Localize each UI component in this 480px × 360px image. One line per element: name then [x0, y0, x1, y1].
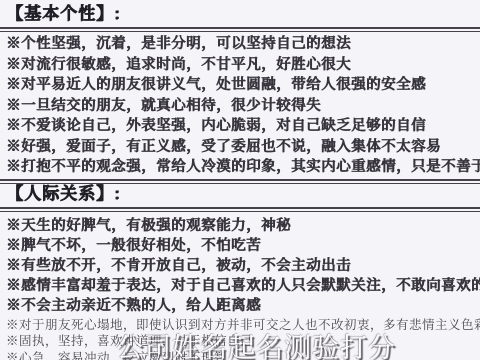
- personality-line: ※个性坚强，沉着，是非分明，可以坚持自己的想法: [6, 34, 474, 55]
- personality-line: ※一旦结交的朋友，就真心相待，很少计较得失: [6, 96, 474, 117]
- relationship-line: ※脾气不坏，一般很好相处，不怕吃苦: [6, 236, 474, 256]
- relationship-line: ※感情丰富却羞于表达，对于自己喜欢的人只会默默关注，不敢向喜欢的人表白: [6, 276, 474, 296]
- personality-list: ※个性坚强，沉着，是非分明，可以坚持自己的想法 ※对流行很敏感，追求时尚，不甘平…: [6, 34, 474, 178]
- personality-line: ※好强，爱面子，有正义感，受了委屈也不说，融入集体不太容易: [6, 137, 474, 158]
- relationship-list: ※天生的好脾气，有极强的观察能力，神秘 ※脾气不坏，一般很好相处，不怕吃苦 ※有…: [6, 216, 474, 316]
- relationship-line: ※天生的好脾气，有极强的观察能力，神秘: [6, 216, 474, 236]
- personality-line: ※对流行很敏感，追求时尚，不甘平凡，好胜心很大: [6, 55, 474, 76]
- personality-line: ※对平易近人的朋友很讲义气，处世圆融，带给人很强的安全感: [6, 75, 474, 96]
- section-title-relationships: 【人际关系】:: [6, 184, 474, 204]
- watermark-title: 公司姓名起名测验打分: [116, 326, 396, 360]
- article-page: 【基本个性】: ※个性坚强，沉着，是非分明，可以坚持自己的想法 ※对流行很敏感，…: [0, 0, 480, 360]
- relationship-line: ※有些放不开，不肯开放自己，被动，不会主动出击: [6, 256, 474, 276]
- relationship-line: ※不会主动亲近不熟的人，给人距离感: [6, 296, 474, 316]
- double-rule-divider: [0, 207, 480, 212]
- document-body: 【基本个性】: ※个性坚强，沉着，是非分明，可以坚持自己的想法 ※对流行很敏感，…: [0, 0, 480, 360]
- double-rule-divider: [0, 27, 480, 32]
- personality-line: ※不爱谈论自己，外表坚强，内心脆弱，对自己缺乏足够的自信: [6, 116, 474, 137]
- personality-line: ※打抱不平的观念强，常给人冷漠的印象，其实内心重感情，只是不善于表达: [6, 157, 474, 178]
- section-title-personality: 【基本个性】:: [6, 4, 474, 24]
